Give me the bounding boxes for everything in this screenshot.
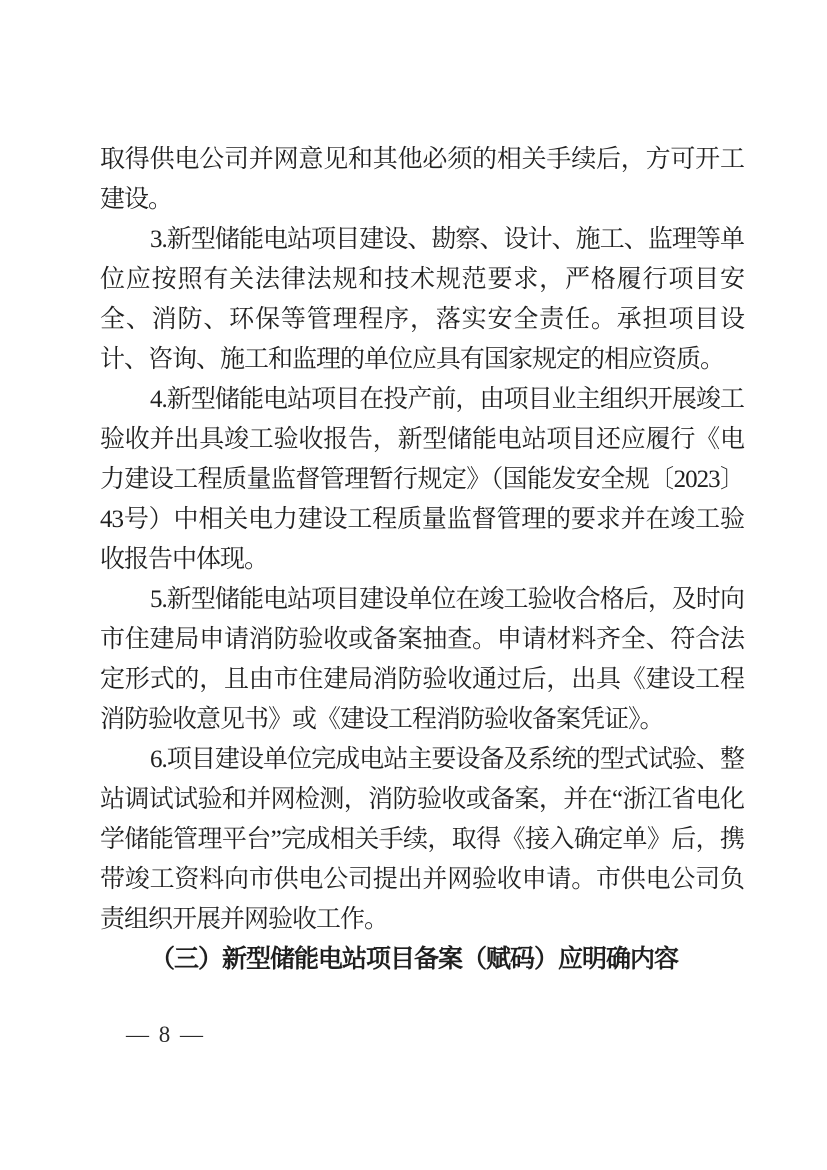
paragraph-item-6: 6.项目建设单位完成电站主要设备及系统的型式试验、整站调试试验和并网检测，消防验…	[100, 740, 744, 940]
section-heading: （三）新型储能电站项目备案（赋码）应明确内容	[100, 940, 744, 980]
page-number: — 8 —	[126, 1020, 205, 1050]
paragraph-item-3: 3.新型储能电站项目建设、勘察、设计、施工、监理等单位应按照有关法律法规和技术规…	[100, 220, 744, 380]
paragraph-item-4: 4.新型储能电站项目在投产前，由项目业主组织开展竣工验收并出具竣工验收报告，新型…	[100, 380, 744, 580]
document-body: 取得供电公司并网意见和其他必须的相关手续后，方可开工建设。 3.新型储能电站项目…	[100, 140, 744, 980]
document-page: 取得供电公司并网意见和其他必须的相关手续后，方可开工建设。 3.新型储能电站项目…	[0, 0, 827, 1170]
paragraph-item-5: 5.新型储能电站项目建设单位在竣工验收合格后，及时向市住建局申请消防验收或备案抽…	[100, 580, 744, 740]
paragraph-continuation: 取得供电公司并网意见和其他必须的相关手续后，方可开工建设。	[100, 140, 744, 220]
